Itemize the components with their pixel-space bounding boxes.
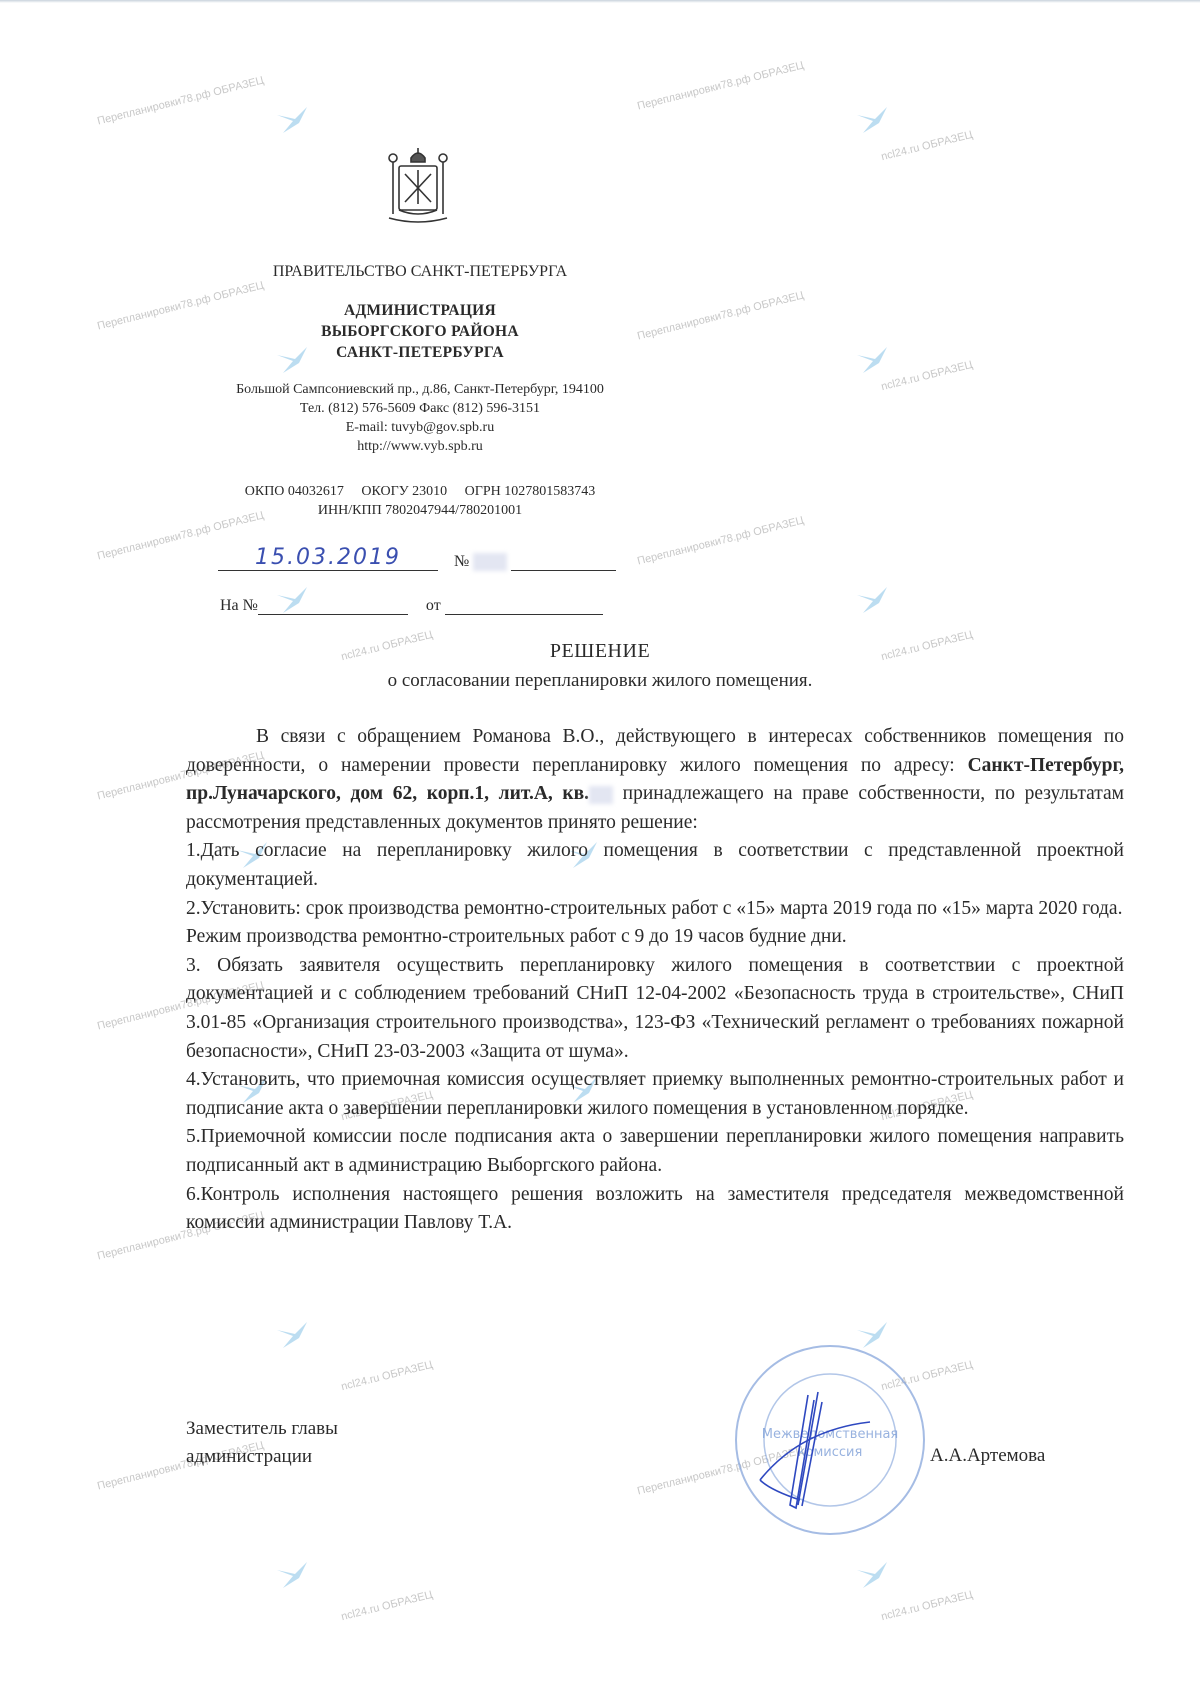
bird-watermark-icon: [855, 105, 891, 135]
watermark: ncl24.ru ОБРАЗЕЦ: [880, 129, 974, 163]
registry-codes: ОКПО 04032617 ОКОГУ 23010 ОГРН 102780158…: [200, 482, 640, 520]
signatory-position: Заместитель главы администрации: [186, 1415, 338, 1471]
from-field: [445, 614, 603, 615]
document-body: В связи с обращением Романова В.О., дейс…: [186, 723, 1124, 1238]
inn-kpp: ИНН/КПП 7802047944/780201001: [200, 501, 640, 520]
redacted-apartment: [589, 786, 613, 804]
government-name: ПРАВИТЕЛЬСТВО САНКТ-ПЕТЕРБУРГА: [220, 263, 620, 281]
decision-item-4: 4.Установить, что приемочная комиссия ос…: [186, 1066, 1124, 1123]
date-field: 15.03.2019: [218, 545, 438, 571]
website: http://www.vyb.spb.ru: [160, 437, 680, 456]
phone-fax: Тел. (812) 576-5609 Факс (812) 596-3151: [160, 399, 680, 418]
redacted-number: [473, 553, 507, 571]
number-field: [511, 570, 616, 571]
in-reply-field: [258, 614, 408, 615]
official-stamp-icon: Межведомственная комиссия: [730, 1340, 930, 1540]
signatory-name: А.А.Артемова: [930, 1445, 1045, 1467]
intro-paragraph: В связи с обращением Романова В.О., дейс…: [186, 723, 1124, 837]
watermark: ncl24.ru ОБРАЗЕЦ: [340, 1589, 434, 1623]
document-title: РЕШЕНИЕ: [0, 640, 1200, 663]
handwritten-date: 15.03.2019: [255, 545, 401, 570]
bird-watermark-icon: [855, 345, 891, 375]
decision-item-3: 3. Обязать заявителя осуществить перепла…: [186, 952, 1124, 1066]
scan-edge: [0, 0, 1200, 3]
in-reply-line: На № от: [220, 597, 603, 615]
bird-watermark-icon: [855, 585, 891, 615]
watermark: Перепланировки78.рф ОБРАЗЕЦ: [96, 74, 265, 127]
administration-name: АДМИНИСТРАЦИЯ ВЫБОРГСКОГО РАЙОНА САНКТ-П…: [220, 300, 620, 363]
postal-address: Большой Сампсониевский пр., д.86, Санкт-…: [160, 380, 680, 399]
bird-watermark-icon: [275, 105, 311, 135]
decision-item-2: 2.Установить: срок производства ремонтно…: [186, 895, 1124, 924]
watermark: ncl24.ru ОБРАЗЕЦ: [880, 1589, 974, 1623]
watermark: ncl24.ru ОБРАЗЕЦ: [880, 359, 974, 393]
okpo-okogu-ogrn: ОКПО 04032617 ОКОГУ 23010 ОГРН 102780158…: [200, 482, 640, 501]
from-label: от: [426, 597, 441, 614]
watermark: Перепланировки78.рф ОБРАЗЕЦ: [636, 289, 805, 342]
watermark: Перепланировки78.рф ОБРАЗЕЦ: [636, 59, 805, 112]
watermark: Перепланировки78.рф ОБРАЗЕЦ: [636, 514, 805, 567]
document-subtitle: о согласовании перепланировки жилого пом…: [0, 670, 1200, 692]
admin-line: ВЫБОРГСКОГО РАЙОНА: [220, 321, 620, 342]
bird-watermark-icon: [275, 1560, 311, 1590]
decision-item-1: 1.Дать согласие на перепланировку жилого…: [186, 837, 1124, 894]
email: E-mail: tuvyb@gov.spb.ru: [160, 418, 680, 437]
work-hours: Режим производства ремонтно-строительных…: [186, 923, 1124, 952]
decision-item-6: 6.Контроль исполнения настоящего решения…: [186, 1181, 1124, 1238]
stamp-inner-text: Межведомственная: [762, 1427, 899, 1442]
registration-line: 15.03.2019 №: [218, 545, 616, 571]
admin-line: АДМИНИСТРАЦИЯ: [220, 300, 620, 321]
bird-watermark-icon: [275, 1320, 311, 1350]
watermark: ncl24.ru ОБРАЗЕЦ: [340, 1359, 434, 1393]
admin-line: САНКТ-ПЕТЕРБУРГА: [220, 342, 620, 363]
contact-block: Большой Сампсониевский пр., д.86, Санкт-…: [160, 380, 680, 456]
spb-coat-of-arms-icon: [385, 146, 451, 226]
decision-item-5: 5.Приемочной комиссии после подписания а…: [186, 1123, 1124, 1180]
number-label: №: [454, 553, 469, 570]
in-reply-label: На №: [220, 597, 258, 614]
bird-watermark-icon: [855, 1560, 891, 1590]
